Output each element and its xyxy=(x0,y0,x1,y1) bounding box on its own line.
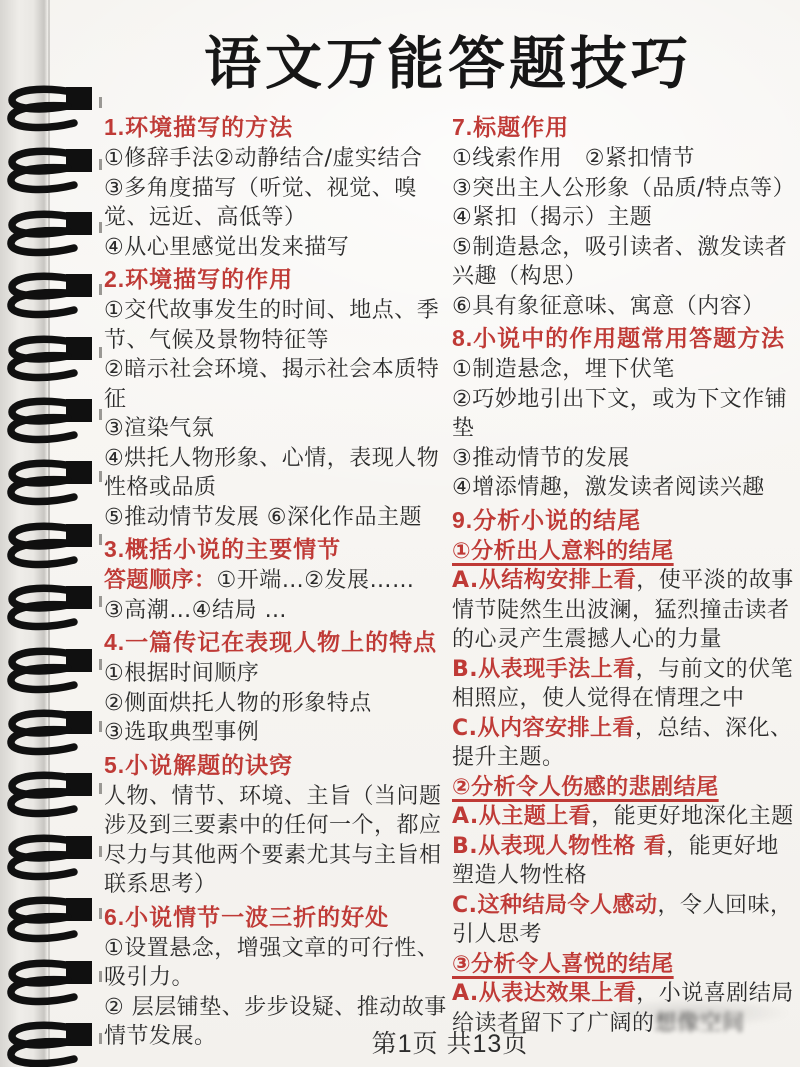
section-heading: 5.小说解题的诀窍 xyxy=(104,750,452,780)
text-segment: 答题顺序： xyxy=(104,568,217,593)
section-heading: 6.小说情节一波三折的好处 xyxy=(104,902,452,932)
paragraph: ③推动情节的发展 xyxy=(452,444,797,474)
text-segment: B.从表现手法上看 xyxy=(452,657,636,682)
text-segment: A.从结构安排上看 xyxy=(452,568,636,593)
text-segment: ③推动情节的发展 xyxy=(452,446,630,471)
paragraph: ②侧面烘托人物的形象特点 xyxy=(104,689,452,719)
text-segment: ①开端…②发展…… xyxy=(217,568,415,593)
section: 9.分析小说的结尾①分析出人意料的结尾A.从结构安排上看，使平淡的故事情节陡然生… xyxy=(452,505,797,1039)
paragraph: ③高潮…④结局 … xyxy=(104,596,452,626)
section: 2.环境描写的作用①交代故事发生的时间、地点、季节、气候及景物特征等②暗示社会环… xyxy=(104,264,452,532)
text-segment: ④从心里感觉出发来描写 xyxy=(104,235,349,260)
text-segment: ⑤制造悬念，吸引读者、激发读者兴趣（构思） xyxy=(452,235,787,290)
text-segment: ②侧面烘托人物的形象特点 xyxy=(104,691,372,716)
paragraph: ④紧扣（揭示）主题 xyxy=(452,203,797,233)
spiral-ring-icon xyxy=(4,271,106,325)
spiral-ring-icon xyxy=(4,770,106,824)
paragraph: ①分析出人意料的结尾 xyxy=(452,537,797,567)
paragraph: ②巧妙地引出下文，或为下文作铺垫 xyxy=(452,385,797,444)
paragraph: ②分析令人伤感的悲剧结尾 xyxy=(452,773,797,803)
paragraph: ③选取典型事例 xyxy=(104,718,452,748)
paragraph: ①制造悬念，埋下伏笔 xyxy=(452,355,797,385)
text-segment: ①交代故事发生的时间、地点、季节、气候及景物特征等 xyxy=(104,298,439,353)
spiral-ring-icon xyxy=(4,84,106,138)
spiral-ring-icon xyxy=(4,646,106,700)
section: 8.小说中的作用题常用答题方法①制造悬念，埋下伏笔②巧妙地引出下文，或为下文作铺… xyxy=(452,323,797,503)
section-heading: 7.标题作用 xyxy=(452,112,797,142)
paragraph: ①交代故事发生的时间、地点、季节、气候及景物特征等 xyxy=(104,296,452,355)
spiral-ring-icon xyxy=(4,833,106,887)
paragraph: B.从表现手法上看，与前文的伏笔相照应，使人觉得在情理之中 xyxy=(452,655,797,714)
text-segment: ①设置悬念，增强文章的可行性、吸引力。 xyxy=(104,936,439,991)
spiral-ring-icon xyxy=(4,396,106,450)
paragraph: ⑥具有象征意味、寓意（内容） xyxy=(452,292,797,322)
text-segment: A.从主题上看 xyxy=(452,804,591,829)
paragraph: ④烘托人物形象、心情，表现人物性格或品质 xyxy=(104,444,452,503)
text-segment: ①修辞手法②动静结合/虚实结合 xyxy=(104,146,422,171)
text-segment: ⑤推动情节发展 ⑥深化作品主题 xyxy=(104,505,422,530)
section-heading: 3.概括小说的主要情节 xyxy=(104,534,452,564)
paragraph: ⑤制造悬念，吸引读者、激发读者兴趣（构思） xyxy=(452,233,797,292)
text-segment: ③突出主人公形象（品质/特点等） xyxy=(452,176,795,201)
section-heading: 2.环境描写的作用 xyxy=(104,264,452,294)
paragraph: ①修辞手法②动静结合/虚实结合 xyxy=(104,144,452,174)
text-segment: ③高潮…④结局 … xyxy=(104,598,287,623)
spiral-ring-icon xyxy=(4,708,106,762)
paragraph: A.从主题上看，能更好地深化主题 xyxy=(452,802,797,832)
text-segment: C.这种结局令人感动 xyxy=(452,893,658,918)
text-segment: ③多角度描写（听觉、视觉、嗅觉、远近、高低等） xyxy=(104,176,417,231)
paragraph: 人物、情节、环境、主旨（当问题涉及到三要素中的任何一个，都应尽力与其他两个要素尤… xyxy=(104,782,452,900)
text-segment: ④烘托人物形象、心情，表现人物性格或品质 xyxy=(104,446,439,501)
text-segment: ②巧妙地引出下文，或为下文作铺垫 xyxy=(452,387,787,442)
text-segment: ①线索作用 ②紧扣情节 xyxy=(452,146,695,171)
paragraph: ③渲染气氛 xyxy=(104,414,452,444)
notebook-page: 语文万能答题技巧 1.环境描写的方法①修辞手法②动静结合/虚实结合③多角度描写（… xyxy=(0,0,800,1067)
notes-column-left: 1.环境描写的方法①修辞手法②动静结合/虚实结合③多角度描写（听觉、视觉、嗅觉、… xyxy=(104,110,452,1052)
section-heading: 1.环境描写的方法 xyxy=(104,112,452,142)
text-segment: ，能更好地深化主题 xyxy=(591,804,794,829)
paragraph: C.从内容安排上看，总结、深化、提升主题。 xyxy=(452,714,797,773)
section: 1.环境描写的方法①修辞手法②动静结合/虚实结合③多角度描写（听觉、视觉、嗅觉、… xyxy=(104,112,452,262)
paragraph: ②暗示社会环境、揭示社会本质特征 xyxy=(104,355,452,414)
text-segment: ②分析令人伤感的悲剧结尾 xyxy=(452,775,719,800)
paragraph: C.这种结局令人感动，令人回味，引人思考 xyxy=(452,891,797,950)
text-segment: ①根据时间顺序 xyxy=(104,661,259,686)
notes-column-right: 7.标题作用①线索作用 ②紧扣情节③突出主人公形象（品质/特点等）④紧扣（揭示）… xyxy=(452,110,797,1038)
text-segment: C.从内容安排上看 xyxy=(452,716,635,741)
spiral-ring-icon xyxy=(4,458,106,512)
text-segment: 人物、情节、环境、主旨（当问题涉及到三要素中的任何一个，都应尽力与其他两个要素尤… xyxy=(104,784,442,898)
page-title: 语文万能答题技巧 xyxy=(104,18,792,100)
section: 4.一篇传记在表现人物上的特点①根据时间顺序②侧面烘托人物的形象特点③选取典型事… xyxy=(104,627,452,748)
paragraph: ①线索作用 ②紧扣情节 xyxy=(452,144,797,174)
text-segment: ①分析出人意料的结尾 xyxy=(452,539,674,564)
paragraph: ④从心里感觉出发来描写 xyxy=(104,233,452,263)
spiral-ring-icon xyxy=(4,334,106,388)
spiral-ring-icon xyxy=(4,146,106,200)
section-heading: 4.一篇传记在表现人物上的特点 xyxy=(104,627,452,657)
section-heading: 9.分析小说的结尾 xyxy=(452,505,797,535)
paragraph: 答题顺序：①开端…②发展…… xyxy=(104,566,452,596)
section: 7.标题作用①线索作用 ②紧扣情节③突出主人公形象（品质/特点等）④紧扣（揭示）… xyxy=(452,112,797,321)
text-segment: ④增添情趣，激发读者阅读兴趣 xyxy=(452,475,765,500)
text-segment: ⑥具有象征意味、寓意（内容） xyxy=(452,294,765,319)
text-segment: ③渲染气氛 xyxy=(104,416,214,441)
paragraph: ③分析令人喜悦的结尾 xyxy=(452,950,797,980)
spiral-ring-icon xyxy=(4,521,106,575)
section: 3.概括小说的主要情节答题顺序：①开端…②发展……③高潮…④结局 … xyxy=(104,534,452,625)
paragraph: ①根据时间顺序 xyxy=(104,659,452,689)
paragraph: ③多角度描写（听觉、视觉、嗅觉、远近、高低等） xyxy=(104,174,452,233)
page-number: 第1页 共13页 xyxy=(100,1024,800,1060)
text-segment: ①制造悬念，埋下伏笔 xyxy=(452,357,675,382)
paragraph: ①设置悬念，增强文章的可行性、吸引力。 xyxy=(104,934,452,993)
spiral-ring-icon xyxy=(4,583,106,637)
spiral-ring-icon xyxy=(4,209,106,263)
paragraph: B.从表现人物性格 看，能更好地塑造人物性格 xyxy=(452,832,797,891)
text-segment: B.从表现人物性格 看 xyxy=(452,834,666,859)
section-heading: 8.小说中的作用题常用答题方法 xyxy=(452,323,797,353)
paragraph: ⑤推动情节发展 ⑥深化作品主题 xyxy=(104,503,452,533)
paragraph: ③突出主人公形象（品质/特点等） xyxy=(452,174,797,204)
text-segment: ③选取典型事例 xyxy=(104,720,259,745)
paragraph: ④增添情趣，激发读者阅读兴趣 xyxy=(452,473,797,503)
spiral-binding xyxy=(0,0,116,1067)
section: 5.小说解题的诀窍人物、情节、环境、主旨（当问题涉及到三要素中的任何一个，都应尽… xyxy=(104,750,452,900)
text-segment: ③分析令人喜悦的结尾 xyxy=(452,952,674,977)
spiral-ring-icon xyxy=(4,1020,106,1067)
paragraph: A.从结构安排上看，使平淡的故事情节陡然生出波澜，猛烈撞击读者的心灵产生震撼人心… xyxy=(452,566,797,655)
spiral-ring-icon xyxy=(4,895,106,949)
text-segment: ④紧扣（揭示）主题 xyxy=(452,205,652,230)
text-segment: ②暗示社会环境、揭示社会本质特征 xyxy=(104,357,439,412)
spiral-ring-icon xyxy=(4,958,106,1012)
